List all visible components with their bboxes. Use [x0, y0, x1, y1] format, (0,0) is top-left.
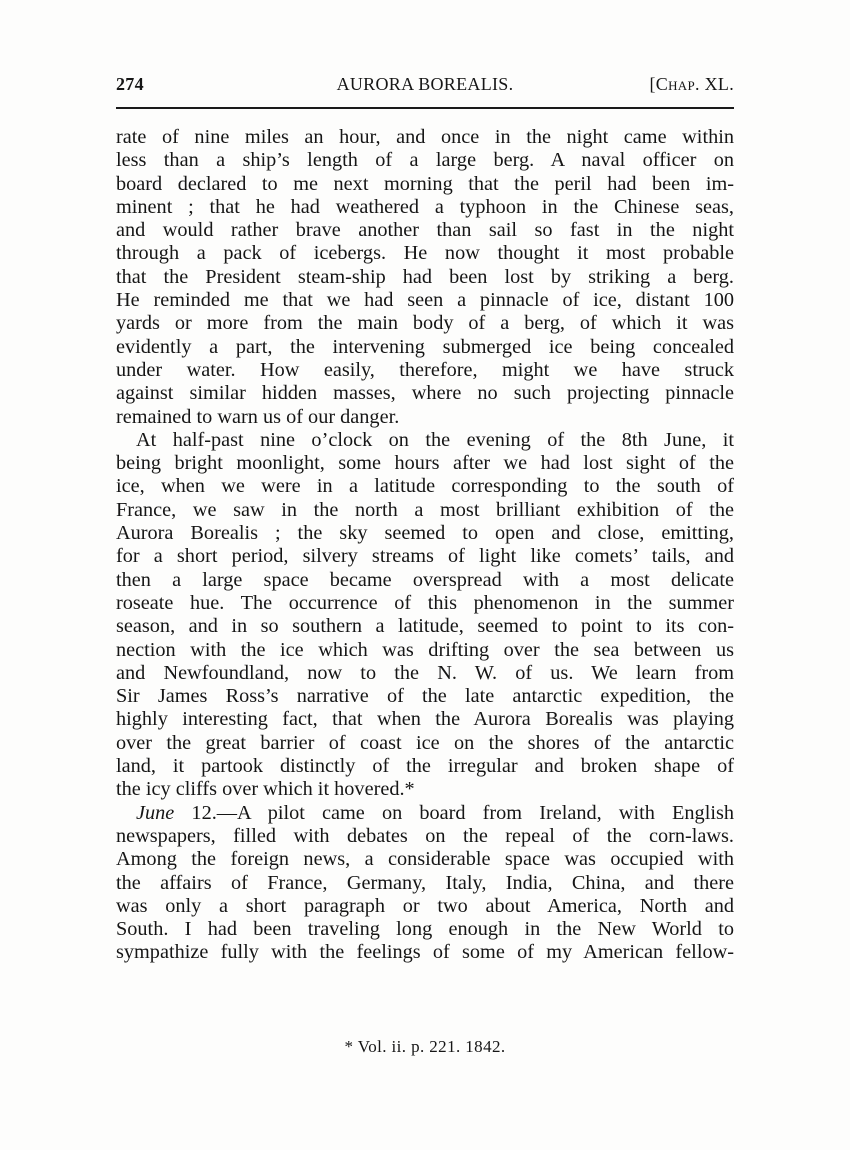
- text-line: newspapers, filled with debates on the r…: [116, 825, 734, 848]
- text-line: He reminded me that we had seen a pinnac…: [116, 289, 734, 312]
- text-line: for a short period, silvery streams of l…: [116, 545, 734, 568]
- paragraph-start-line: At half-past nine o’clock on the evening…: [116, 429, 734, 452]
- text-line: the affairs of France, Germany, Italy, I…: [116, 872, 734, 895]
- june-entry-line: June 12.—A pilot came on board from Irel…: [116, 802, 734, 825]
- text-line: ice, when we were in a latitude correspo…: [116, 475, 734, 498]
- text-line: being bright moonlight, some hours after…: [116, 452, 734, 475]
- text-line: less than a ship’s length of a large ber…: [116, 149, 734, 172]
- text-line: Among the foreign news, a considerable s…: [116, 848, 734, 871]
- entry-text: 12.—A pilot came on board from Ireland, …: [174, 802, 734, 824]
- body-text: rate of nine miles an hour, and once in …: [116, 126, 734, 965]
- text-line: land, it partook distinctly of the irreg…: [116, 755, 734, 778]
- running-header: 274 AURORA BOREALIS. [Chap. XL.: [116, 72, 734, 96]
- text-line: evidently a part, the intervening submer…: [116, 336, 734, 359]
- text-line: nection with the ice which was drifting …: [116, 639, 734, 662]
- text-line: was only a short paragraph or two about …: [116, 895, 734, 918]
- text-line: board declared to me next morning that t…: [116, 173, 734, 196]
- text-line: over the great barrier of coast ice on t…: [116, 732, 734, 755]
- text-line: sympathize fully with the feelings of so…: [116, 941, 734, 964]
- text-line: Aurora Borealis ; the sky seemed to open…: [116, 522, 734, 545]
- footnote: * Vol. ii. p. 221. 1842.: [116, 1036, 734, 1058]
- running-title: AURORA BOREALIS.: [116, 72, 734, 96]
- text-line: and would rather brave another than sail…: [116, 219, 734, 242]
- text-line: roseate hue. The occurrence of this phen…: [116, 592, 734, 615]
- text-line: highly interesting fact, that when the A…: [116, 708, 734, 731]
- text-line: that the President steam-ship had been l…: [116, 266, 734, 289]
- chapter-reference: [Chap. XL.: [649, 72, 734, 96]
- chapter-number: XL.: [700, 74, 734, 94]
- text-line: against similar hidden masses, where no …: [116, 382, 734, 405]
- text-line: Sir James Ross’s narrative of the late a…: [116, 685, 734, 708]
- paragraph-end-line: the icy cliffs over which it hovered.*: [116, 778, 734, 801]
- text-line: yards or more from the main body of a be…: [116, 312, 734, 335]
- text-line: then a large space became overspread wit…: [116, 569, 734, 592]
- text-line: season, and in so southern a latitude, s…: [116, 615, 734, 638]
- book-page: 274 AURORA BOREALIS. [Chap. XL. rate of …: [0, 0, 850, 1150]
- chapter-label: Chap.: [656, 74, 700, 94]
- text-line: through a pack of icebergs. He now thoug…: [116, 242, 734, 265]
- text-line: rate of nine miles an hour, and once in …: [116, 126, 734, 149]
- text-line: France, we saw in the north a most brill…: [116, 499, 734, 522]
- header-rule: [116, 107, 734, 109]
- entry-date-italic: June: [136, 802, 174, 824]
- text-line: under water. How easily, therefore, migh…: [116, 359, 734, 382]
- text-line: South. I had been traveling long enough …: [116, 918, 734, 941]
- paragraph-end-line: remained to warn us of our danger.: [116, 406, 734, 429]
- text-line: and Newfoundland, now to the N. W. of us…: [116, 662, 734, 685]
- text-line: minent ; that he had weathered a typhoon…: [116, 196, 734, 219]
